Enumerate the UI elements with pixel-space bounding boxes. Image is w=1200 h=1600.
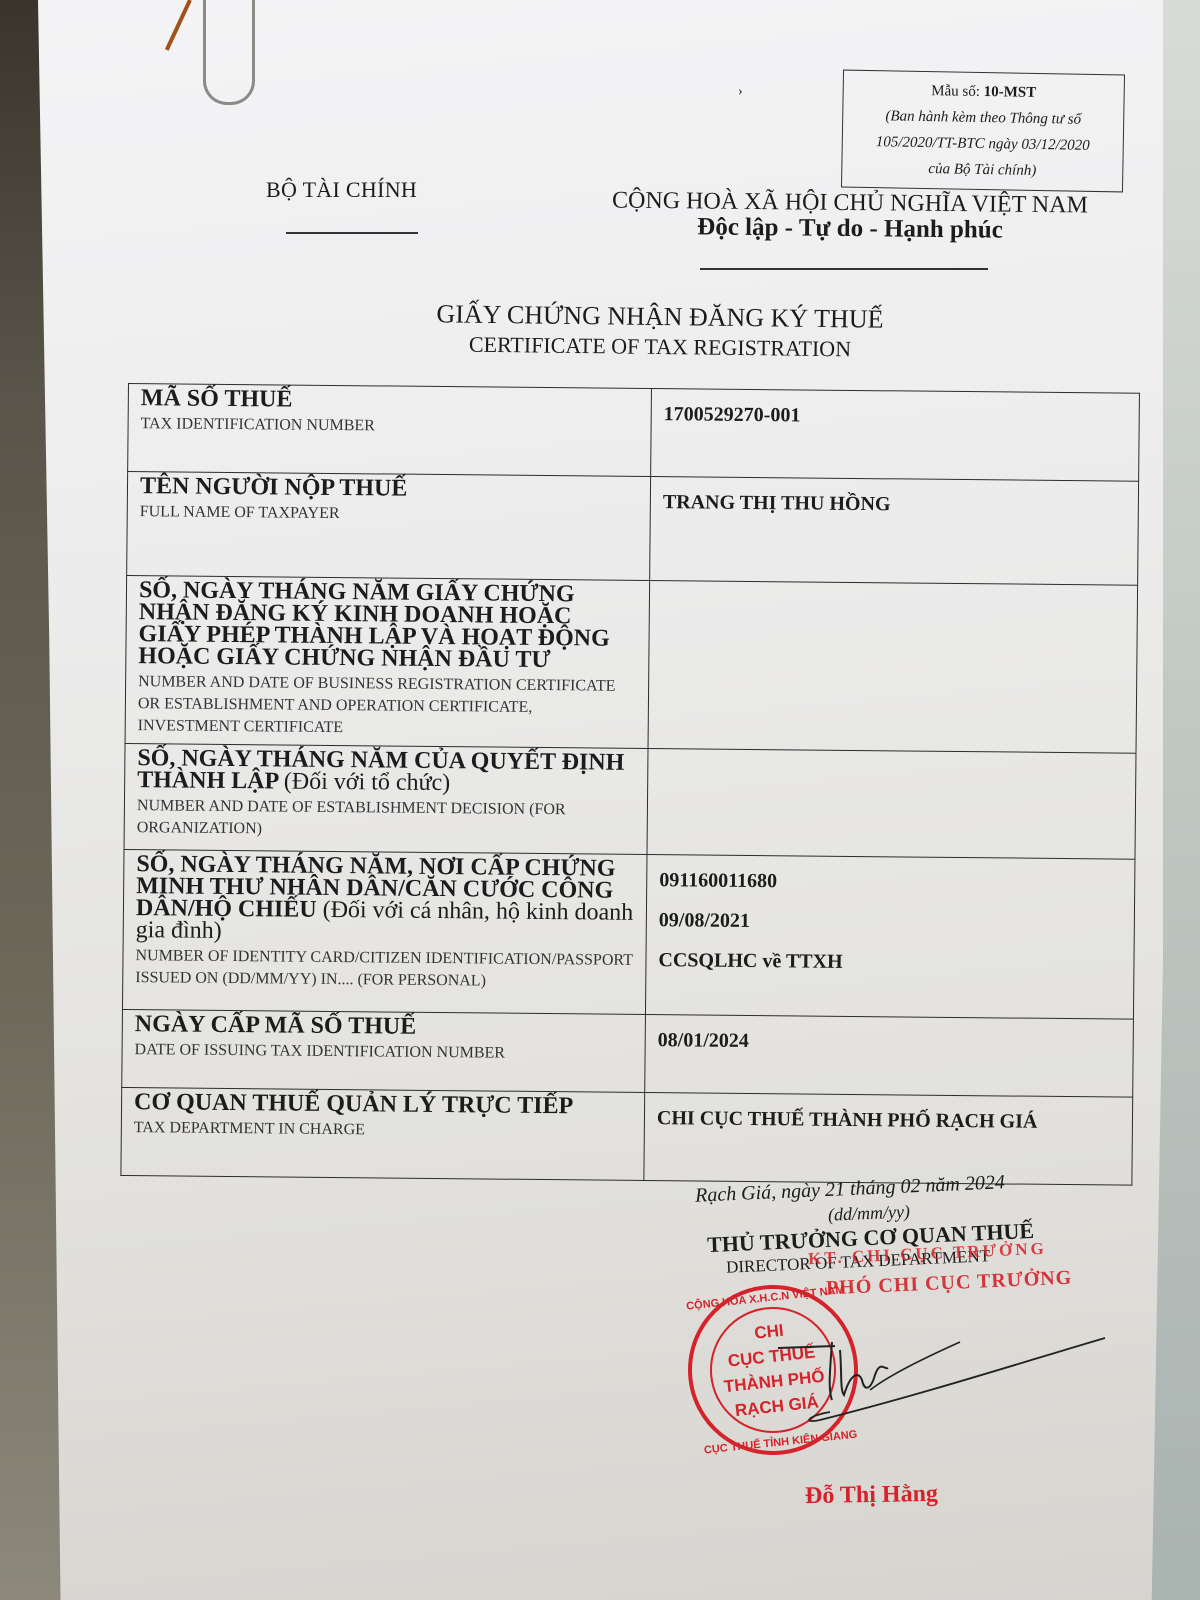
row-value: [648, 581, 1138, 754]
label-en: NUMBER AND DATE OF BUSINESS REGISTRATION…: [138, 671, 639, 742]
signer-name: Đỗ Thị Hằng: [805, 1481, 938, 1510]
paper-clip-icon: [203, 0, 255, 105]
row-value: CHI CỤC THUẾ THÀNH PHỐ RẠCH GIÁ: [644, 1092, 1133, 1185]
ink-mark: ›: [738, 84, 743, 100]
row-label: NGÀY CẤP MÃ SỐ THUẾDATE OF ISSUING TAX I…: [122, 1009, 646, 1092]
value-line: 08/01/2024: [658, 1028, 1123, 1056]
row-label: SỐ, NGÀY THÁNG NĂM CỦA QUYẾT ĐỊNH THÀNH …: [124, 743, 648, 854]
date-format: (dd/mm/yy): [828, 1201, 911, 1226]
form-label: Mẫu số:: [931, 83, 980, 100]
value-line: CHI CỤC THUẾ THÀNH PHỐ RẠCH GIÁ: [657, 1106, 1122, 1134]
label-vn: SỐ, NGÀY THÁNG NĂM GIẤY CHỨNG NHẬN ĐĂNG …: [138, 579, 639, 672]
table-row: CƠ QUAN THUẾ QUẢN LÝ TRỰC TIẾPTAX DEPART…: [121, 1087, 1133, 1185]
table-row: NGÀY CẤP MÃ SỐ THUẾDATE OF ISSUING TAX I…: [122, 1009, 1134, 1097]
document-title-vn: GIẤY CHỨNG NHẬN ĐĂNG KÝ THUẾ: [400, 299, 920, 335]
value-line: 1700529270-001: [664, 402, 1129, 430]
row-value: 1700529270-001: [651, 389, 1140, 482]
label-vn: SỐ, NGÀY THÁNG NĂM, NƠI CẤP CHỨNG MINH T…: [136, 853, 637, 946]
label-en: NUMBER OF IDENTITY CARD/CITIZEN IDENTIFI…: [135, 945, 635, 994]
row-label: MÃ SỐ THUẾTAX IDENTIFICATION NUMBER: [128, 384, 652, 477]
motto-underline: [700, 268, 988, 270]
ministry-name: BỘ TÀI CHÍNH: [266, 177, 417, 203]
value-line: 09/08/2021: [659, 908, 1124, 936]
row-label: SỐ, NGÀY THÁNG NĂM GIẤY CHỨNG NHẬN ĐĂNG …: [125, 575, 650, 748]
label-vn: MÃ SỐ THUẾ: [141, 387, 641, 414]
signature-icon: [770, 1320, 1110, 1440]
table-row: SỐ, NGÀY THÁNG NĂM CỦA QUYẾT ĐỊNH THÀNH …: [124, 743, 1136, 859]
form-code: 10-MST: [984, 84, 1037, 101]
row-label: CƠ QUAN THUẾ QUẢN LÝ TRỰC TIẾPTAX DEPART…: [121, 1087, 645, 1180]
form-number-box: Mẫu số: 10-MST (Ban hành kèm theo Thông …: [841, 70, 1125, 193]
label-vn: CƠ QUAN THUẾ QUẢN LÝ TRỰC TIẾP: [134, 1091, 634, 1118]
label-vn: SỐ, NGÀY THÁNG NĂM CỦA QUYẾT ĐỊNH THÀNH …: [137, 747, 637, 796]
row-label: SỐ, NGÀY THÁNG NĂM, NƠI CẤP CHỨNG MINH T…: [122, 849, 647, 1014]
row-value: 09116001168009/08/2021CCSQLHC về TTXH: [645, 855, 1135, 1020]
table-row: SỐ, NGÀY THÁNG NĂM, NƠI CẤP CHỨNG MINH T…: [122, 849, 1134, 1019]
row-value: TRANG THỊ THU HỒNG: [650, 477, 1139, 586]
value-line: CCSQLHC về TTXH: [658, 948, 1123, 976]
value-line: 091160011680: [659, 868, 1124, 896]
label-en: FULL NAME OF TAXPAYER: [140, 501, 640, 528]
label-vn: TÊN NGƯỜI NỘP THUẾ: [140, 475, 640, 502]
label-en: TAX DEPARTMENT IN CHARGE: [134, 1117, 634, 1144]
label-en: TAX IDENTIFICATION NUMBER: [141, 413, 641, 440]
label-en: DATE OF ISSUING TAX IDENTIFICATION NUMBE…: [134, 1039, 634, 1066]
table-row: SỐ, NGÀY THÁNG NĂM GIẤY CHỨNG NHẬN ĐĂNG …: [125, 575, 1138, 753]
registration-table: MÃ SỐ THUẾTAX IDENTIFICATION NUMBER17005…: [120, 383, 1140, 1186]
row-value: 08/01/2024: [645, 1014, 1134, 1097]
label-en: NUMBER AND DATE OF ESTABLISHMENT DECISIO…: [137, 795, 637, 844]
row-value: [647, 749, 1136, 860]
ministry-underline: [286, 232, 418, 234]
issued-line-3: của Bộ Tài chính): [842, 155, 1122, 186]
national-motto: Độc lập - Tự do - Hạnh phúc: [605, 212, 1095, 245]
label-note: (Đối với tổ chức): [284, 769, 451, 797]
issued-line-2: 105/2020/TT-BTC ngày 03/12/2020: [843, 129, 1123, 160]
label-vn: NGÀY CẤP MÃ SỐ THUẾ: [135, 1013, 635, 1040]
row-label: TÊN NGƯỜI NỘP THUẾFULL NAME OF TAXPAYER: [127, 472, 651, 581]
value-line: TRANG THỊ THU HỒNG: [663, 490, 1128, 518]
table-row: MÃ SỐ THUẾTAX IDENTIFICATION NUMBER17005…: [128, 384, 1140, 482]
table-row: TÊN NGƯỜI NỘP THUẾFULL NAME OF TAXPAYERT…: [127, 472, 1139, 586]
